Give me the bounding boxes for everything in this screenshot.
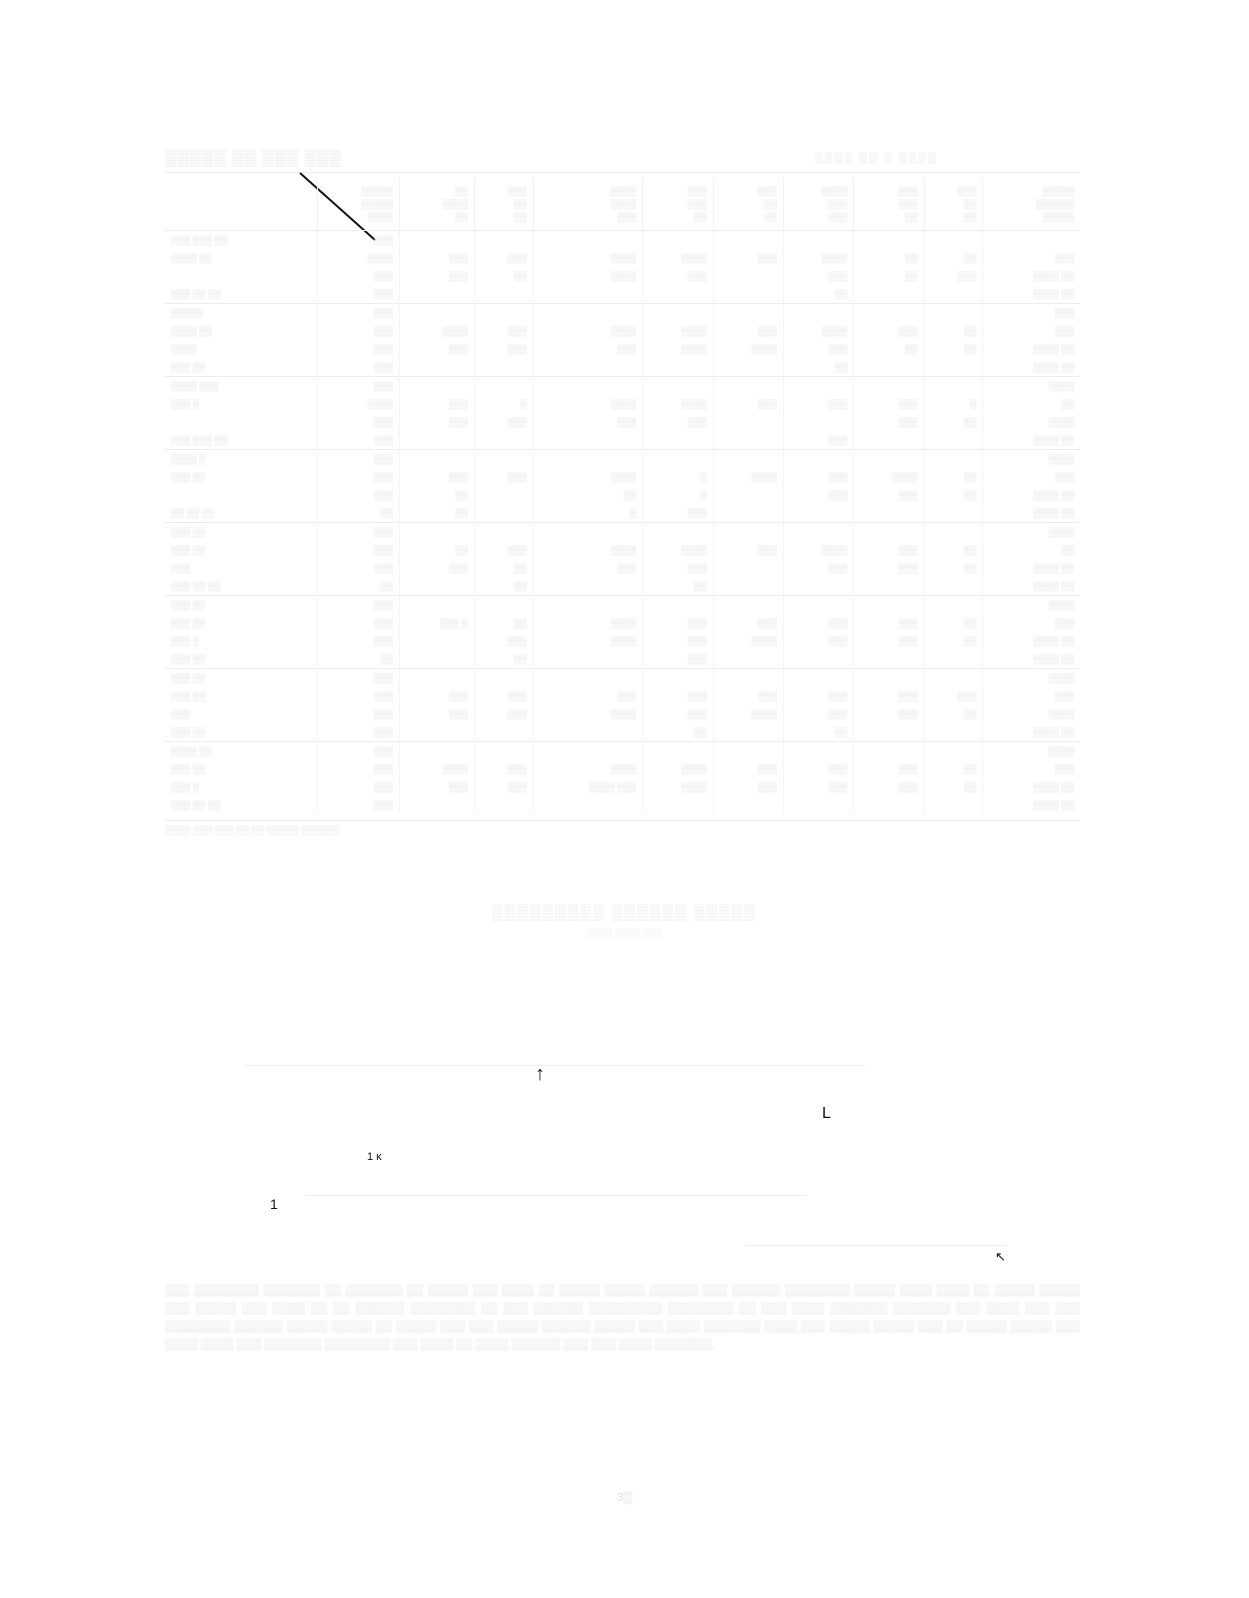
table-cell: ▒▒▒ bbox=[318, 559, 400, 577]
table-row: ▒▒▒▒▒▒▒▒▒▒▒▒▒▒▒▒▒▒▒▒▒▒▒▒▒▒▒▒▒▒▒▒▒▒▒ bbox=[165, 705, 1080, 723]
table-cell: ▒▒▒ ▒▒ ▒▒ bbox=[165, 577, 318, 596]
table-cell: ▒▒▒ bbox=[643, 267, 713, 285]
table-cell: ▒▒▒ ▒ bbox=[165, 395, 318, 413]
table-cell: ▒▒▒ ▒▒▒ ▒▒ bbox=[165, 231, 318, 250]
table-cell bbox=[165, 486, 318, 504]
table-cell: ▒▒▒ bbox=[318, 377, 400, 396]
table-cell bbox=[533, 650, 643, 669]
table-row: ▒▒▒ ▒▒▒▒▒▒▒▒▒▒▒▒▒▒▒▒▒▒▒▒▒▒▒▒▒▒▒▒▒▒ ▒▒ bbox=[165, 632, 1080, 650]
table-cell bbox=[399, 377, 474, 396]
table-cell bbox=[854, 450, 924, 469]
table-cell: ▒▒▒▒ ▒▒ bbox=[165, 322, 318, 340]
table-row: ▒▒▒ ▒▒▒▒▒▒▒▒▒▒▒▒▒▒▒▒▒▒▒▒▒▒▒▒▒▒▒▒▒▒▒▒ bbox=[165, 541, 1080, 559]
table-cell bbox=[783, 231, 853, 250]
table-cell: ▒▒▒▒ ▒▒ bbox=[983, 577, 1080, 596]
table-cell bbox=[924, 650, 983, 669]
column-header: ▒▒▒▒▒▒▒▒▒▒▒ bbox=[533, 178, 643, 231]
table-cell: ▒ bbox=[643, 468, 713, 486]
table-footnote: ▒▒▒▒ ▒▒▒ ▒▒▒ ▒▒ ▒▒ ▒▒▒▒▒ ▒▒▒▒▒▒ bbox=[165, 820, 1080, 835]
table-cell: ▒▒▒▒ bbox=[165, 340, 318, 358]
table-cell: ▒▒▒▒ bbox=[713, 468, 783, 486]
table-cell: ▒▒▒▒ bbox=[399, 760, 474, 778]
table-cell: ▒▒▒ bbox=[318, 285, 400, 304]
table-cell: ▒▒▒▒ bbox=[533, 760, 643, 778]
table-row: ▒▒▒▒ ▒▒▒▒▒▒▒▒▒▒ bbox=[165, 377, 1080, 396]
table-cell: ▒▒▒ bbox=[533, 413, 643, 431]
table-cell bbox=[533, 450, 643, 469]
table-cell: ▒▒▒ ▒▒ ▒▒ bbox=[165, 285, 318, 304]
table-cell bbox=[399, 231, 474, 250]
table-cell: ▒▒▒▒ bbox=[983, 413, 1080, 431]
table-cell: ▒▒▒ bbox=[318, 231, 400, 250]
table-cell: ▒▒▒ bbox=[474, 687, 533, 705]
table-row: ▒▒▒▒▒▒▒▒▒▒▒▒▒▒▒▒▒▒▒▒▒▒▒▒▒▒▒▒▒▒▒▒▒▒▒ ▒▒ bbox=[165, 340, 1080, 358]
table-cell: ▒▒▒▒ bbox=[983, 669, 1080, 688]
table-cell: ▒▒▒▒ bbox=[983, 705, 1080, 723]
table-row: ▒▒▒▒▒▒▒▒▒▒▒▒▒▒▒▒▒▒▒▒▒▒▒▒ bbox=[165, 413, 1080, 431]
table-cell bbox=[643, 304, 713, 323]
table-cell: ▒▒▒ bbox=[533, 559, 643, 577]
table-cell: ▒▒▒ ▒▒ bbox=[165, 760, 318, 778]
table-cell bbox=[854, 358, 924, 377]
table-cell bbox=[533, 669, 643, 688]
table-cell bbox=[533, 577, 643, 596]
table-row: ▒▒▒ ▒▒▒▒▒▒▒▒▒▒▒▒▒▒▒▒▒▒▒▒▒▒▒▒▒▒▒▒▒ bbox=[165, 395, 1080, 413]
table-cell: ▒▒ bbox=[318, 504, 400, 523]
table-row: ▒▒▒▒ ▒▒▒▒▒▒▒▒▒ bbox=[165, 742, 1080, 761]
table-cell: ▒▒▒ bbox=[318, 796, 400, 814]
table-cell bbox=[713, 504, 783, 523]
table-cell bbox=[399, 285, 474, 304]
table-cell: ▒▒▒ ▒ bbox=[165, 778, 318, 796]
table-cell bbox=[924, 669, 983, 688]
table-cell: ▒▒▒▒ bbox=[318, 395, 400, 413]
table-cell bbox=[713, 559, 783, 577]
table-cell bbox=[924, 742, 983, 761]
table-cell: ▒▒▒ bbox=[399, 340, 474, 358]
table-cell bbox=[854, 723, 924, 742]
table-cell: ▒▒▒▒ ▒▒ bbox=[983, 796, 1080, 814]
table-cell: ▒▒▒▒ bbox=[533, 705, 643, 723]
table-cell: ▒▒▒ bbox=[713, 322, 783, 340]
table-cell: ▒▒ bbox=[399, 486, 474, 504]
table-cell bbox=[643, 796, 713, 814]
table-cell: ▒▒▒ bbox=[318, 760, 400, 778]
table-cell: ▒▒▒▒ ▒ bbox=[165, 450, 318, 469]
table-cell: ▒▒ bbox=[983, 541, 1080, 559]
table-cell: ▒▒▒ bbox=[783, 632, 853, 650]
table-cell: ▒▒▒▒ ▒▒ bbox=[983, 431, 1080, 450]
table-cell: ▒▒▒ ▒▒ bbox=[165, 523, 318, 542]
table-cell bbox=[533, 231, 643, 250]
table-cell: ▒ bbox=[643, 486, 713, 504]
table-cell: ▒▒▒ bbox=[924, 687, 983, 705]
table-cell: ▒▒▒▒ ▒▒ bbox=[983, 559, 1080, 577]
table-cell: ▒▒▒ bbox=[783, 468, 853, 486]
table-cell bbox=[854, 577, 924, 596]
table-row: ▒▒▒ ▒▒▒ ▒▒▒▒▒▒▒▒▒▒▒▒ ▒▒ bbox=[165, 431, 1080, 450]
table-cell: ▒▒▒▒ bbox=[318, 249, 400, 267]
table-cell: ▒▒▒▒ bbox=[533, 395, 643, 413]
table-cell bbox=[533, 523, 643, 542]
table-cell bbox=[854, 596, 924, 615]
column-header: ▒▒▒▒▒▒▒▒▒▒▒▒▒▒ bbox=[318, 178, 400, 231]
table-cell: ▒▒ bbox=[924, 705, 983, 723]
table-cell bbox=[854, 377, 924, 396]
table-cell: ▒▒▒▒▒ bbox=[165, 304, 318, 323]
table-cell: ▒▒▒ bbox=[318, 322, 400, 340]
table-cell bbox=[533, 377, 643, 396]
table-cell bbox=[713, 796, 783, 814]
table-cell: ▒▒▒ bbox=[474, 413, 533, 431]
up-arrow-mark-icon: ↑ bbox=[535, 1067, 545, 1081]
table-cell: ▒▒▒ bbox=[783, 340, 853, 358]
table-cell: ▒▒▒ bbox=[474, 705, 533, 723]
table-row: ▒▒▒ ▒▒▒ ▒▒▒▒▒ bbox=[165, 231, 1080, 250]
table-cell: ▒▒▒ ▒▒ bbox=[165, 687, 318, 705]
table-cell: ▒▒▒▒ bbox=[643, 395, 713, 413]
column-header: ▒▒▒▒▒▒▒▒ bbox=[643, 178, 713, 231]
table-row: ▒▒▒▒▒▒▒▒▒▒▒▒▒▒▒▒▒▒▒▒▒▒▒▒▒▒▒ ▒▒ bbox=[165, 267, 1080, 285]
table-cell bbox=[783, 742, 853, 761]
table-cell: ▒▒▒▒ ▒▒▒ bbox=[165, 377, 318, 396]
table-cell: ▒▒▒ bbox=[165, 705, 318, 723]
table-cell: ▒▒▒▒ ▒▒ bbox=[983, 723, 1080, 742]
column-header: ▒▒▒▒▒▒▒▒▒▒▒▒▒▒▒▒ bbox=[983, 178, 1080, 231]
table-cell: ▒▒▒ bbox=[854, 778, 924, 796]
table-cell: ▒▒▒ bbox=[165, 559, 318, 577]
table-row: ▒▒▒ ▒▒ ▒▒▒▒▒▒▒▒▒▒▒ ▒▒ bbox=[165, 285, 1080, 304]
table-row: ▒▒▒ ▒▒▒▒▒▒▒▒▒▒▒▒▒▒ ▒▒▒▒▒▒▒▒▒▒▒▒▒▒▒▒▒▒▒▒▒… bbox=[165, 778, 1080, 796]
table-cell: ▒▒▒▒ ▒▒ bbox=[165, 742, 318, 761]
table-cell bbox=[399, 669, 474, 688]
table-cell: ▒▒▒▒ bbox=[643, 322, 713, 340]
table-cell bbox=[474, 431, 533, 450]
table-cell: ▒▒▒▒ bbox=[643, 760, 713, 778]
table-cell: ▒▒▒ bbox=[318, 632, 400, 650]
table-header-right: ▒▒▒▒ ▒▒ ▒ ▒▒▒▒ bbox=[815, 152, 938, 164]
page-number: 3▒ bbox=[0, 1490, 1249, 1504]
table-cell: ▒▒ bbox=[533, 486, 643, 504]
table-cell: ▒▒ bbox=[643, 723, 713, 742]
table-cell bbox=[854, 504, 924, 523]
one-k-mark: 1 ĸ bbox=[367, 1150, 382, 1164]
table-cell: ▒▒▒ bbox=[713, 614, 783, 632]
table-cell: ▒▒▒▒ bbox=[533, 614, 643, 632]
table-cell: ▒▒▒ bbox=[318, 523, 400, 542]
table-cell bbox=[474, 742, 533, 761]
table-cell: ▒▒ bbox=[474, 559, 533, 577]
table-cell bbox=[643, 285, 713, 304]
table-cell: ▒▒▒ bbox=[318, 486, 400, 504]
table-cell: ▒▒▒▒ ▒▒ bbox=[983, 632, 1080, 650]
table-row: ▒▒▒ ▒▒▒▒▒▒▒▒ ▒▒▒▒▒▒▒▒▒▒▒▒▒▒▒▒▒▒▒▒▒▒▒▒ bbox=[165, 614, 1080, 632]
table-cell: ▒ bbox=[474, 395, 533, 413]
table-cell: ▒▒▒ bbox=[643, 632, 713, 650]
table-cell: ▒▒ bbox=[924, 632, 983, 650]
table-cell bbox=[783, 650, 853, 669]
table-cell bbox=[399, 577, 474, 596]
table-cell bbox=[474, 231, 533, 250]
table-cell bbox=[643, 596, 713, 615]
table-cell bbox=[783, 504, 853, 523]
table-cell: ▒▒ ▒▒ ▒▒ bbox=[165, 504, 318, 523]
table-cell bbox=[713, 304, 783, 323]
table-cell: ▒▒▒ bbox=[854, 486, 924, 504]
table-cell: ▒▒▒▒ bbox=[533, 632, 643, 650]
table-cell: ▒▒▒ bbox=[854, 705, 924, 723]
table-cell: ▒▒▒ ▒▒ bbox=[165, 541, 318, 559]
table-cell bbox=[713, 358, 783, 377]
table-cell: ▒▒▒ bbox=[533, 687, 643, 705]
table-cell: ▒ bbox=[533, 504, 643, 523]
table-cell: ▒▒ bbox=[924, 340, 983, 358]
table-cell bbox=[854, 669, 924, 688]
chart-faint-line bbox=[745, 1245, 1005, 1246]
table-cell: ▒▒▒ bbox=[783, 614, 853, 632]
table-cell: ▒▒ bbox=[924, 486, 983, 504]
table-row: ▒▒▒ ▒▒▒▒▒▒▒▒▒▒▒ ▒▒ bbox=[165, 358, 1080, 377]
table-cell bbox=[474, 596, 533, 615]
table-cell bbox=[783, 304, 853, 323]
table-cell bbox=[643, 742, 713, 761]
table-cell: ▒▒▒ bbox=[643, 504, 713, 523]
table-cell bbox=[533, 596, 643, 615]
table-cell: ▒▒ bbox=[924, 614, 983, 632]
table-cell bbox=[713, 523, 783, 542]
table-cell: ▒▒▒ bbox=[854, 413, 924, 431]
table-cell: ▒▒▒▒ ▒▒ bbox=[983, 650, 1080, 669]
table-cell bbox=[783, 669, 853, 688]
table-cell: ▒▒▒ bbox=[318, 304, 400, 323]
table-cell: ▒▒▒ bbox=[318, 450, 400, 469]
table-row: ▒▒▒ ▒▒▒▒▒▒▒▒▒▒▒▒▒▒▒▒▒▒▒▒▒▒▒▒▒▒▒▒▒▒▒▒ bbox=[165, 468, 1080, 486]
table-cell: ▒▒ bbox=[399, 504, 474, 523]
table-cell: ▒▒▒ bbox=[318, 723, 400, 742]
table-cell: ▒▒▒ bbox=[318, 340, 400, 358]
table-cell bbox=[924, 796, 983, 814]
table-cell bbox=[924, 377, 983, 396]
table-cell: ▒▒▒▒ bbox=[983, 450, 1080, 469]
table-cell bbox=[713, 577, 783, 596]
table-cell bbox=[474, 486, 533, 504]
table-cell: ▒▒▒ ▒ bbox=[399, 614, 474, 632]
table-cell: ▒▒▒ bbox=[854, 632, 924, 650]
table-cell: ▒▒▒ bbox=[983, 468, 1080, 486]
table-cell bbox=[713, 650, 783, 669]
table-cell: ▒▒▒ bbox=[399, 468, 474, 486]
table-cell bbox=[713, 431, 783, 450]
table-cell: ▒▒▒▒ ▒▒ bbox=[983, 504, 1080, 523]
table-cell: ▒▒▒ bbox=[533, 340, 643, 358]
table-cell bbox=[854, 431, 924, 450]
table-row: ▒▒▒ ▒▒ ▒▒▒▒▒▒▒▒▒ ▒▒ bbox=[165, 796, 1080, 814]
table-cell: ▒▒ bbox=[924, 249, 983, 267]
table-cell: ▒▒▒ bbox=[854, 687, 924, 705]
table-cell: ▒▒▒ bbox=[318, 541, 400, 559]
table-cell: ▒▒▒ bbox=[983, 322, 1080, 340]
table-cell: ▒▒▒ bbox=[854, 760, 924, 778]
table-cell: ▒▒▒ bbox=[713, 249, 783, 267]
table-cell bbox=[713, 285, 783, 304]
table-cell: ▒▒▒▒ ▒▒▒ bbox=[533, 778, 643, 796]
table-cell: ▒▒▒▒ bbox=[643, 340, 713, 358]
table-cell: ▒▒▒ bbox=[474, 249, 533, 267]
table-cell bbox=[399, 632, 474, 650]
table-cell bbox=[643, 358, 713, 377]
table-cell: ▒▒ bbox=[474, 267, 533, 285]
table-cell: ▒▒▒ bbox=[318, 705, 400, 723]
table-cell: ▒▒▒ bbox=[643, 559, 713, 577]
table-cell bbox=[783, 523, 853, 542]
body-paragraph: ▒▒▒ ▒▒▒▒▒▒▒▒ ▒▒▒▒▒▒▒ ▒▒ ▒▒▒▒▒▒▒ ▒▒ ▒▒▒▒▒… bbox=[165, 1282, 1080, 1354]
table-cell: ▒▒ bbox=[924, 468, 983, 486]
faded-chart-area: ↑ L 1 ĸ 1 ↖ bbox=[225, 945, 1025, 1265]
table-cell: ▒▒▒ bbox=[474, 541, 533, 559]
table-cell bbox=[924, 358, 983, 377]
table-cell bbox=[533, 285, 643, 304]
table-cell bbox=[533, 304, 643, 323]
column-header bbox=[165, 178, 318, 231]
table-cell: ▒▒▒ bbox=[399, 413, 474, 431]
table-cell bbox=[713, 486, 783, 504]
table-cell: ▒▒▒▒ bbox=[783, 322, 853, 340]
table-cell: ▒▒▒ bbox=[399, 687, 474, 705]
table-cell bbox=[783, 377, 853, 396]
table-cell bbox=[474, 285, 533, 304]
one-mark: 1 bbox=[270, 1197, 278, 1211]
table-cell: ▒▒▒▒ bbox=[399, 322, 474, 340]
table-cell bbox=[399, 450, 474, 469]
table-cell: ▒▒▒ ▒▒ bbox=[165, 614, 318, 632]
table-cell bbox=[783, 596, 853, 615]
table-cell: ▒▒▒ bbox=[783, 559, 853, 577]
table-cell: ▒▒▒ bbox=[854, 395, 924, 413]
table-cell: ▒▒▒▒ bbox=[533, 322, 643, 340]
table-cell: ▒▒ bbox=[643, 577, 713, 596]
table-cell: ▒▒▒ ▒▒ bbox=[165, 468, 318, 486]
table-cell: ▒▒▒ bbox=[399, 267, 474, 285]
table-cell: ▒▒▒ bbox=[643, 650, 713, 669]
table-cell: ▒▒▒ bbox=[713, 395, 783, 413]
cursor-arrow-icon: ↖ bbox=[995, 1250, 1006, 1264]
table-title: ▒▒▒▒▒ ▒▒ ▒▒▒ ▒▒▒ bbox=[165, 150, 342, 168]
table-cell: ▒▒▒ bbox=[783, 760, 853, 778]
column-header: ▒▒▒▒▒▒▒▒▒▒ bbox=[783, 178, 853, 231]
table-row: ▒▒▒ ▒▒▒▒▒▒▒▒▒ bbox=[165, 669, 1080, 688]
table-cell bbox=[924, 504, 983, 523]
table-cell bbox=[924, 450, 983, 469]
table-cell bbox=[399, 796, 474, 814]
table-cell: ▒▒ bbox=[854, 340, 924, 358]
table-cell: ▒▒ bbox=[474, 577, 533, 596]
table-cell: ▒▒▒▒ bbox=[713, 632, 783, 650]
table-cell: ▒▒▒ bbox=[713, 778, 783, 796]
table-cell: ▒▒▒ bbox=[983, 687, 1080, 705]
table-cell: ▒▒▒ bbox=[474, 340, 533, 358]
table-cell bbox=[533, 723, 643, 742]
table-cell bbox=[474, 504, 533, 523]
table-cell bbox=[783, 577, 853, 596]
table-cell bbox=[399, 650, 474, 669]
table-cell: ▒▒▒ bbox=[783, 705, 853, 723]
table-cell bbox=[474, 450, 533, 469]
table-cell: ▒▒▒▒ ▒▒ bbox=[983, 358, 1080, 377]
table-cell bbox=[713, 723, 783, 742]
table-cell bbox=[713, 450, 783, 469]
table-cell: ▒▒▒ bbox=[474, 468, 533, 486]
table-cell: ▒▒▒ bbox=[474, 322, 533, 340]
table-cell: ▒▒▒ ▒▒ bbox=[165, 358, 318, 377]
table-cell: ▒▒▒ bbox=[318, 358, 400, 377]
table-cell: ▒▒▒ bbox=[983, 614, 1080, 632]
table-cell: ▒▒▒ bbox=[318, 596, 400, 615]
table-cell: ▒▒▒ ▒▒ bbox=[165, 650, 318, 669]
table-cell bbox=[713, 413, 783, 431]
table-cell: ▒▒▒ bbox=[399, 559, 474, 577]
table-cell bbox=[399, 358, 474, 377]
table-cell bbox=[924, 577, 983, 596]
table-cell bbox=[924, 596, 983, 615]
table-cell bbox=[533, 742, 643, 761]
column-header: ▒▒▒▒▒▒▒ bbox=[474, 178, 533, 231]
table-cell bbox=[924, 304, 983, 323]
table-cell: ▒▒▒ bbox=[783, 267, 853, 285]
table-cell bbox=[713, 669, 783, 688]
table-cell bbox=[854, 523, 924, 542]
table-cell: ▒▒ bbox=[474, 650, 533, 669]
table-header-row: ▒▒▒▒▒▒▒▒▒▒▒▒▒▒▒▒▒▒▒▒▒▒▒▒▒▒▒▒▒▒▒▒▒▒▒▒▒▒▒▒… bbox=[165, 178, 1080, 231]
table-cell: ▒▒▒▒ bbox=[854, 468, 924, 486]
table-cell: ▒▒▒ bbox=[318, 267, 400, 285]
table-cell: ▒▒▒▒ bbox=[533, 541, 643, 559]
table-row: ▒▒▒▒▒▒▒▒▒▒▒▒▒▒▒▒▒▒▒▒ ▒▒ bbox=[165, 486, 1080, 504]
table-cell: ▒▒▒▒ bbox=[533, 267, 643, 285]
table-cell bbox=[924, 723, 983, 742]
table-cell: ▒▒▒ bbox=[643, 705, 713, 723]
table-cell: ▒▒▒ bbox=[318, 431, 400, 450]
table-cell bbox=[474, 304, 533, 323]
data-table: ▒▒▒▒▒▒▒▒▒▒▒▒▒▒▒▒▒▒▒▒▒▒▒▒▒▒▒▒▒▒▒▒▒▒▒▒▒▒▒▒… bbox=[165, 178, 1080, 814]
table-cell bbox=[165, 413, 318, 431]
table-cell bbox=[854, 742, 924, 761]
table-cell: ▒▒▒ bbox=[713, 541, 783, 559]
table-cell: ▒▒▒ bbox=[399, 705, 474, 723]
table-cell: ▒▒▒ bbox=[318, 413, 400, 431]
table-cell: ▒▒ bbox=[783, 285, 853, 304]
table-cell: ▒▒ bbox=[783, 723, 853, 742]
table-cell bbox=[924, 231, 983, 250]
table-row: ▒▒▒▒ ▒▒▒▒▒▒▒▒▒▒▒▒▒▒▒▒▒▒▒▒▒▒▒▒▒▒▒▒▒▒▒▒▒▒▒ bbox=[165, 322, 1080, 340]
table-cell bbox=[474, 669, 533, 688]
table-cell: ▒▒▒ bbox=[713, 687, 783, 705]
table-cell: ▒▒▒ bbox=[318, 468, 400, 486]
table-cell: ▒▒▒▒ bbox=[983, 596, 1080, 615]
column-header: ▒▒▒▒▒▒▒ bbox=[713, 178, 783, 231]
table-cell bbox=[533, 431, 643, 450]
table-cell: ▒▒ bbox=[924, 413, 983, 431]
table-cell: ▒▒▒ bbox=[318, 742, 400, 761]
table-cell: ▒▒▒ bbox=[983, 304, 1080, 323]
table-cell: ▒ bbox=[924, 395, 983, 413]
table-cell: ▒▒ bbox=[783, 358, 853, 377]
table-cell: ▒▒▒ bbox=[713, 760, 783, 778]
table-cell bbox=[474, 796, 533, 814]
table-row: ▒▒▒ ▒▒▒▒▒▒▒▒▒▒▒▒▒▒▒▒▒▒▒▒▒▒▒▒▒▒▒▒▒▒▒▒ bbox=[165, 687, 1080, 705]
table-cell: ▒▒▒▒ bbox=[533, 468, 643, 486]
table-cell: ▒▒▒ bbox=[783, 431, 853, 450]
chart-faint-line bbox=[245, 1065, 865, 1066]
